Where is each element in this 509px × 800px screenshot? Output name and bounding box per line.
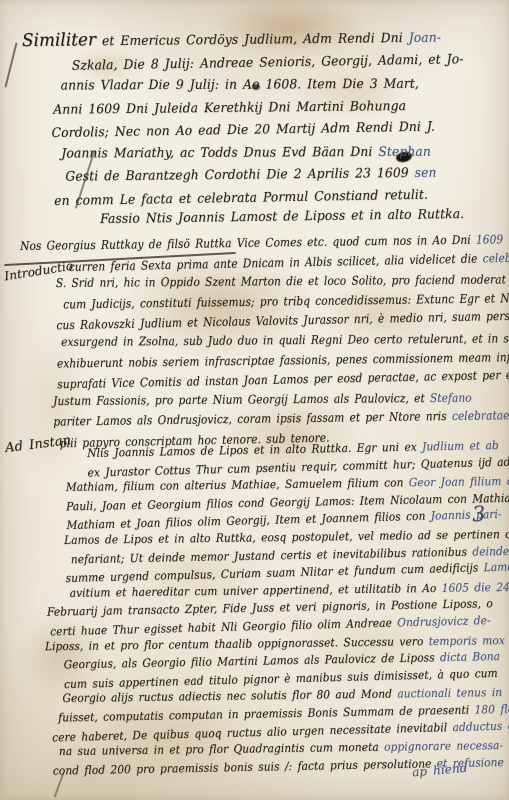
blue-ink-text: 1605 die 24 (442, 580, 509, 595)
ink-text: Joannis Mariathy, ac Todds Dnus Evd Bäan… (61, 144, 378, 161)
blue-ink-text: temporis mox (429, 633, 505, 648)
blue-ink-text: Joannis pari- (431, 507, 502, 523)
blue-ink-text: 180 flor effi- (474, 701, 509, 716)
manuscript-line: Justum Fassionis, pro parte Nium Georgij… (53, 388, 509, 412)
blue-ink-text: sen (415, 166, 437, 181)
blue-ink-text: deinde (472, 543, 509, 558)
manuscript-line: Joannis Mariathy, ac Todds Dnus Evd Bäan… (61, 141, 464, 165)
manuscript-line: annis Vladar Die 9 Julij: in Ao 1608. It… (61, 73, 464, 97)
ink-text: Gesti de Barantzegh Cordothi Die 2 April… (65, 166, 414, 185)
ink-text: Similiter (22, 30, 96, 51)
ink-text: S. Srid nri, hic in Oppido Szent Marton … (56, 273, 509, 291)
manuscript-page: Similiter et Emericus Cordöys Judlium, A… (0, 0, 509, 800)
fassio-heading: Fassio Ntis Joannis Lamost de Liposs et … (100, 205, 464, 230)
ink-text: Cordolis; Nec non Ao ead Die 20 Martij A… (51, 120, 435, 141)
ink-text: Fassio Ntis Joannis Lamost de Liposs et … (100, 207, 464, 227)
ink-text: avitium et haereditar cum univer apperti… (70, 581, 442, 600)
blue-ink-text: Stefano (430, 390, 472, 404)
entry-paragraph: Similiter et Emericus Cordöys Judlium, A… (22, 25, 465, 212)
ink-text: et Emericus Cordöys Judlium, Adm Rendi D… (96, 31, 409, 49)
ink-text: Justum Fassionis, pro parte Nium Georgij… (53, 391, 430, 408)
blue-ink-text: auctionali tenus in (397, 685, 502, 700)
ink-text: pariter Lamos als Ondrusjovicz, coram ip… (53, 409, 452, 429)
ink-text: Nos Georgius Ruttkay de filsö Ruttka Vic… (20, 233, 476, 253)
ink-text: Szkala, Die 8 Julij: Andreae Senioris, G… (72, 52, 464, 74)
ink-text: Mathiam, filium con alterius Mathiae, Sa… (66, 475, 409, 494)
blue-ink-text: Joan- (409, 31, 442, 46)
ink-text: Georgio alijs ructus adiectis nec soluti… (62, 687, 397, 706)
manuscript-line: Fassio Ntis Joannis Lamost de Liposs et … (100, 205, 464, 230)
ink-text: na sua universa in et pro flor Quadragin… (59, 740, 384, 758)
blue-ink-text: celebratae, in du- (452, 408, 509, 423)
manuscript-line: exsurgend in Zsolna, sub Judo duo in qua… (61, 329, 509, 353)
blue-ink-text: Ondrusjovicz de- (397, 613, 491, 629)
blue-ink-text: Stephan (378, 144, 431, 159)
ink-text: Anni 1609 Dni Juleida Kerethkij Dni Mart… (53, 98, 406, 117)
ink-text: exsurgend in Zsolna, sub Judo duo in qua… (61, 331, 509, 349)
blue-ink-text: 1609 mo- (476, 232, 509, 247)
ink-text: annis Vladar Die 9 Julij: in Ao 1608. It… (61, 77, 419, 94)
ink-text: Liposs, in et pro flor centum thaalib op… (45, 634, 429, 653)
manuscript-line: S. Srid nri, hic in Oppido Szent Marton … (56, 270, 509, 294)
page-number: 3 (471, 502, 486, 527)
instantia-paragraph: Nlis Joannis Lamos de Lipos et in alto R… (30, 436, 509, 780)
blue-ink-text: dicta Bona (440, 649, 500, 664)
blue-ink-text: Geor Joan filium con- (409, 474, 509, 490)
blue-ink-text: Judlium et ab (422, 438, 499, 453)
blue-ink-text: Lamos- (483, 559, 509, 574)
manuscript-text: Similiter et Emericus Cordöys Judlium, A… (0, 0, 509, 800)
vice-comes-paragraph: Nos Georgius Ruttkay de filsö Ruttka Vic… (20, 229, 509, 452)
blue-ink-text: celebrationis (482, 250, 509, 265)
blue-ink-text: oppignorare necessa- (384, 738, 503, 754)
blue-ink-text: adductus ead (452, 718, 509, 734)
